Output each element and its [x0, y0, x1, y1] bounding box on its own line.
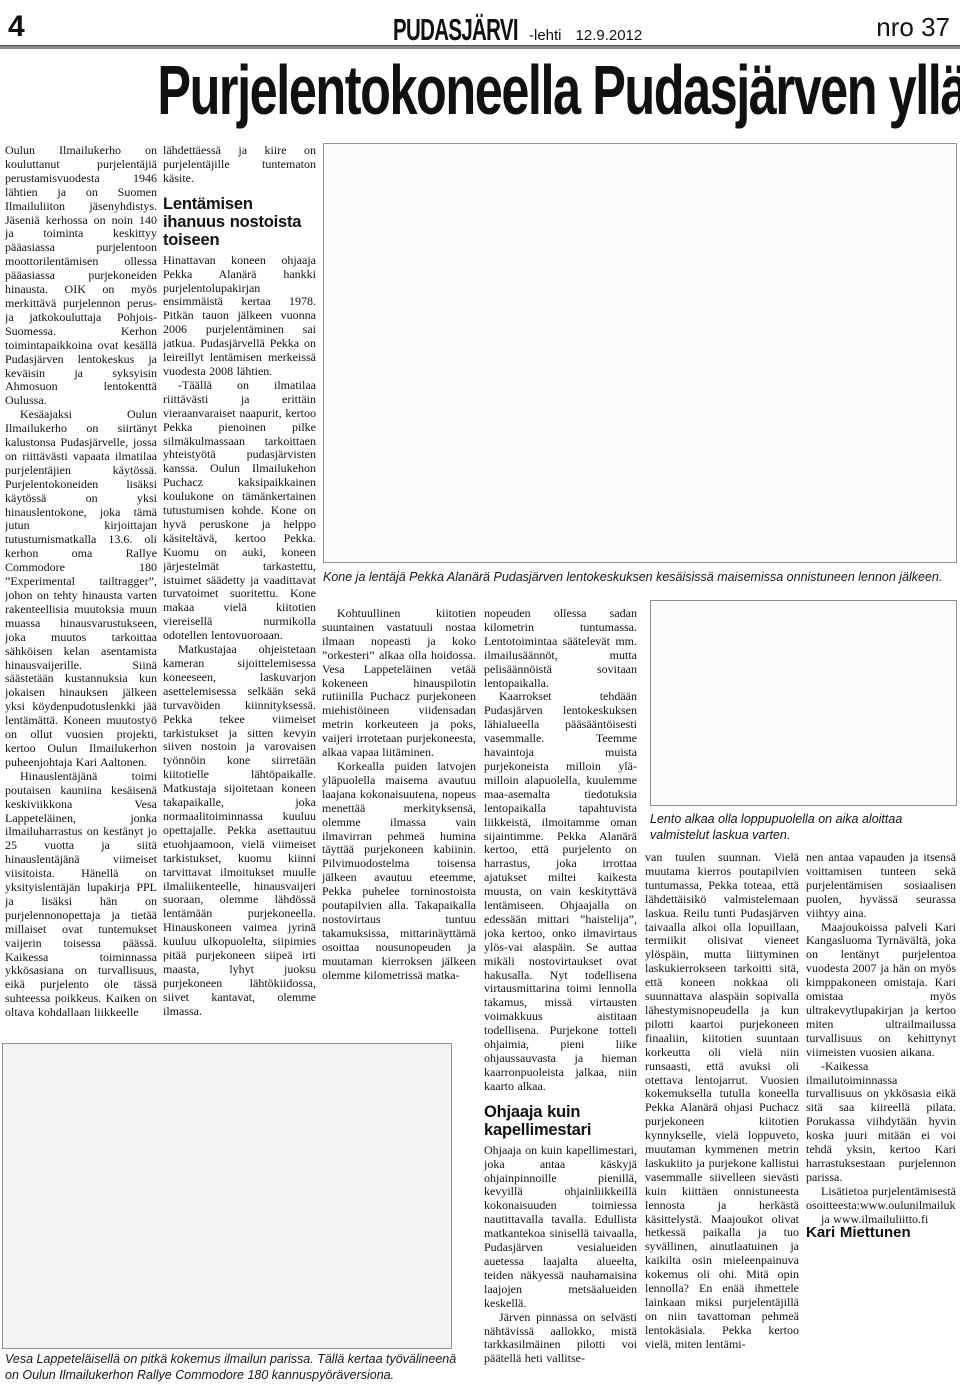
paragraph: Kohtuullinen kiitotien suuntainen vastat… [322, 607, 476, 760]
masthead-suffix: -lehti [529, 27, 562, 44]
paragraph: Maajoukoissa palveli Kari Kangasluoma Ty… [806, 921, 956, 1060]
subheading-ohjaaja-kuin-kapellimestari: Ohjaaja kuin kapellimestari [484, 1103, 637, 1139]
paragraph: lähdettäessä ja kiire on purjelentäjille… [163, 144, 316, 186]
article-headline: Purjelentokoneella Pudasjärven yllä [0, 54, 960, 128]
paragraph: -Kaikessa ilmailutoiminnassa turvallisuu… [806, 1060, 956, 1185]
paragraph: Hinattavan koneen ohjaaja Pekka Alanärä … [163, 254, 316, 379]
paragraph: -Täällä on ilmatilaa riittävästi ja erit… [163, 379, 316, 643]
paragraph: Kaarrokset tehdään Pudasjärven lentokesk… [484, 690, 637, 1093]
subheading-lentamisen-ihanuus: Lentämisen ihanuus nostoista toiseen [163, 195, 316, 249]
masthead-wrap: PUDASJÄRVI [393, 14, 525, 45]
paragraph: Oulun Ilmailukerho on kouluttanut purjel… [5, 144, 157, 408]
article-column-6: nen antaa vapauden ja itsensä voittamise… [806, 851, 956, 1385]
paragraph: nen antaa vapauden ja itsensä voittamise… [806, 851, 956, 921]
article-column-2: lähdettäessä ja kiire on purjelentäjille… [163, 144, 316, 1038]
issue-date: 12.9.2012 [576, 27, 643, 44]
paragraph: Kesäajaksi Oulun Ilmailukerho on siirtän… [5, 408, 157, 770]
paragraph: Korkealla puiden latvojen yläpuolella ma… [322, 760, 476, 983]
photo-top-placeholder [323, 143, 957, 563]
photo-top-caption: Kone ja lentäjä Pekka Alanärä Pudasjärve… [323, 570, 957, 586]
paragraph: Järven pinnassa on selvästi nähtävissä a… [484, 1311, 637, 1367]
newspaper-page: { "header": { "page_number": "4", "masth… [0, 0, 960, 1386]
article-column-1: Oulun Ilmailukerho on kouluttanut purjel… [5, 144, 157, 1038]
photo-bottom-caption: Vesa Lappeteläisellä on pitkä kokemus il… [5, 1352, 473, 1383]
article-column-4: nopeuden ollessa sadan kilometrin tuntum… [484, 607, 637, 1386]
paragraph: van tuulen suunnan. Vielä muutama kierro… [645, 851, 799, 1352]
paragraph: Hinauslentäjänä toimi poutaisen kauniina… [5, 770, 157, 1020]
masthead-group: PUDASJÄRVI -lehti 12.9.2012 [393, 14, 642, 45]
paragraph: Matkustajaa ohjeistetaan kameran sijoitt… [163, 643, 316, 1018]
photo-right-caption: Lento alkaa olla loppupuolella on aika a… [650, 812, 957, 843]
article-headline-text: Purjelentokoneella Pudasjärven yllä [157, 54, 960, 128]
issue-number: nro 37 [876, 14, 950, 40]
paragraph: Lisätietoa purjelentämisestä osoitteesta… [806, 1185, 956, 1213]
photo-right-placeholder [650, 600, 957, 806]
paragraph: nopeuden ollessa sadan kilometrin tuntum… [484, 607, 637, 690]
header-rule [0, 45, 960, 49]
article-column-5: van tuulen suunnan. Vielä muutama kierro… [645, 851, 799, 1385]
photo-bottom-placeholder [2, 1043, 452, 1349]
masthead-title: PUDASJÄRVI [393, 14, 518, 45]
article-column-3: Kohtuullinen kiitotien suuntainen vastat… [322, 607, 476, 1040]
author-signature: Kari Miettunen [806, 1226, 956, 1240]
page-number: 4 [8, 12, 25, 42]
paragraph: Ohjaaja on kuin kapellimestari, joka ant… [484, 1144, 637, 1311]
